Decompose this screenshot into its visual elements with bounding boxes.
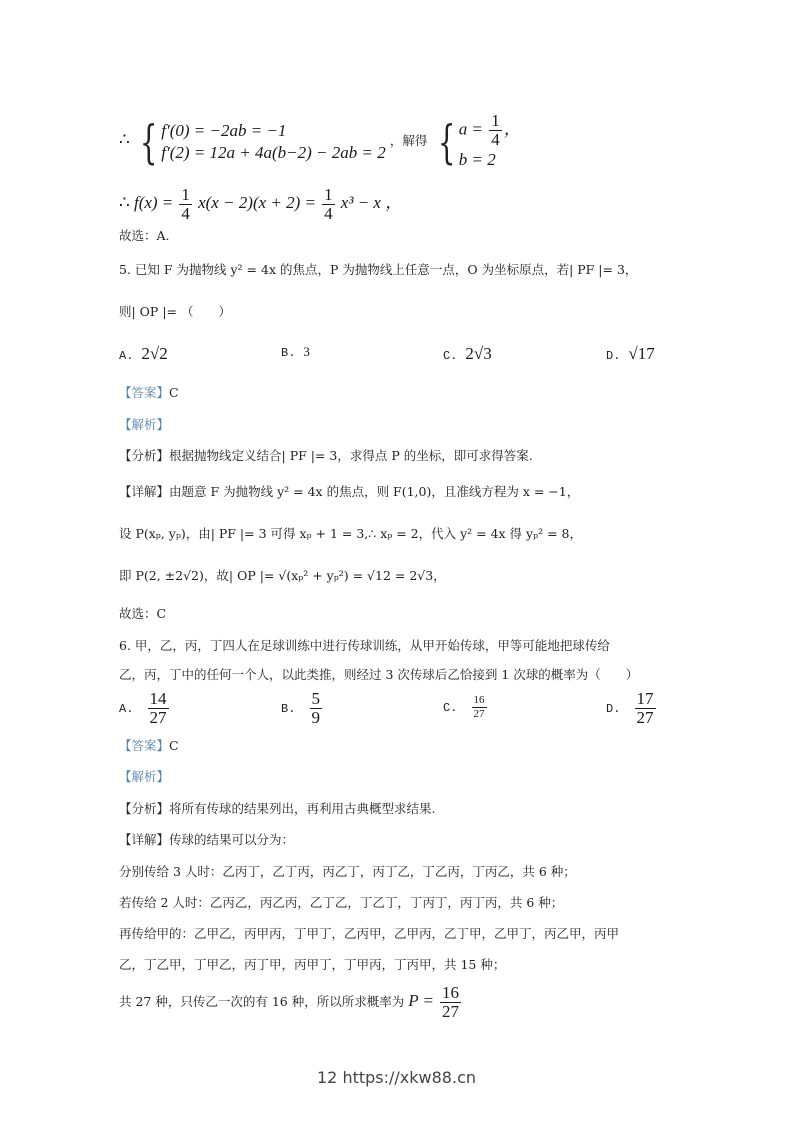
equation-row-1: f′(0) = −2ab = −1 [161,120,385,142]
q5-option-b: B.3 [281,344,310,360]
answer-value: C [169,738,179,753]
choose-a: 故选：A. [119,226,170,246]
equation-system-right: { a = 14， b = 2 [432,112,521,171]
q5-xiangjie-3: 即 P(2, ±2√2)，故| OP |= √(xₚ² + yₚ²) = √12… [119,566,446,586]
q6-answer: 【答案】C [119,736,179,756]
system-equations-line: ∴ { f′(0) = −2ab = −1 f′(2) = 12a + 4a(b… [119,112,521,171]
q5-fenxi: 【分析】根据抛物线定义结合| PF |= 3，求得点 P 的坐标，即可求得答案. [119,446,533,466]
solution-a: a = 14， [459,112,521,149]
q6-line-back-2: 乙，丁乙甲，丁甲乙，丙丁甲，丙甲丁，丁甲丙，丁丙甲，共 15 种； [119,955,505,975]
page-footer: 12 https://xkw88.cn [0,1068,793,1087]
q5-analysis-tag: 【解析】 [119,415,169,435]
equation-row-2: f′(2) = 12a + 4a(b−2) − 2ab = 2 [161,142,385,164]
q5-stem-line-1: 5. 已知 F 为抛物线 y² = 4x 的焦点，P 为抛物线上任意一点，O 为… [119,260,637,280]
q5-option-a: A.2√2 [119,344,168,364]
left-brace-icon: { [437,119,455,165]
q6-line-2people: 若传给 2 人时：乙丙乙，丙乙丙，乙丁乙，丁乙丁，丁丙丁，丙丁丙，共 6 种； [119,893,563,913]
fraction: 14 [179,186,192,223]
answer-tag: 【答案】 [119,738,169,753]
q5-choose: 故选：C [119,604,166,624]
q6-analysis-tag: 【解析】 [119,767,169,787]
q5-xiangjie-1: 【详解】由题意 F 为抛物线 y² = 4x 的焦点，则 F(1,0)，且准线方… [119,482,579,502]
q5-option-d: D.√17 [606,344,655,364]
solve-word: ，解得 [390,133,428,148]
q6-option-a: A. 1427 [119,690,171,727]
q5-answer: 【答案】C [119,383,179,403]
q5-xiangjie-2: 设 P(xₚ, yₚ)，由| PF |= 3 可得 xₚ + 1 = 3,∴ x… [119,524,582,544]
left-brace-icon: { [140,119,158,165]
q6-option-d: D. 1727 [606,690,658,727]
q5-option-c: C.2√3 [443,344,492,364]
q6-option-b: B. 59 [281,690,324,727]
answer-value: C [169,385,179,400]
q5-stem-line-2: 则| OP |= （ ） [119,302,231,322]
solution-b: b = 2 [459,149,521,171]
equation-system-left: { f′(0) = −2ab = −1 f′(2) = 12a + 4a(b−2… [134,119,386,165]
q6-line-3people: 分别传给 3 人时：乙丙丁，乙丁丙，丙乙丁，丙丁乙，丁乙丙，丁丙乙，共 6 种； [119,862,576,882]
q6-fenxi: 【分析】将所有传球的结果列出，再利用古典概型求结果. [119,799,436,819]
answer-tag: 【答案】 [119,385,169,400]
q6-line-back-1: 再传给甲的：乙甲乙，丙甲丙，丁甲丁，乙丙甲，乙甲丙，乙丁甲，乙甲丁，丙乙甲，丙甲 [119,924,619,944]
fraction: 14 [322,186,335,223]
therefore-symbol: ∴ [119,130,130,149]
q6-xiangjie-1: 【详解】传球的结果可以分为： [119,830,294,850]
fx-result-line: ∴ f(x) = 14 x(x − 2)(x + 2) = 14 x³ − x … [119,186,402,223]
q6-option-c: C. 1627 [443,694,489,721]
q6-conclusion: 共 27 种，只传乙一次的有 16 种，所以所求概率为 P = 1627 [119,984,463,1021]
q6-stem-line-2: 乙，丙，丁中的任何一个人，以此类推，则经过 3 次传球后乙恰接到 1 次球的概率… [119,665,638,685]
q6-stem-line-1: 6. 甲，乙，丙，丁四人在足球训练中进行传球训练，从甲开始传球，甲等可能地把球传… [119,636,610,656]
